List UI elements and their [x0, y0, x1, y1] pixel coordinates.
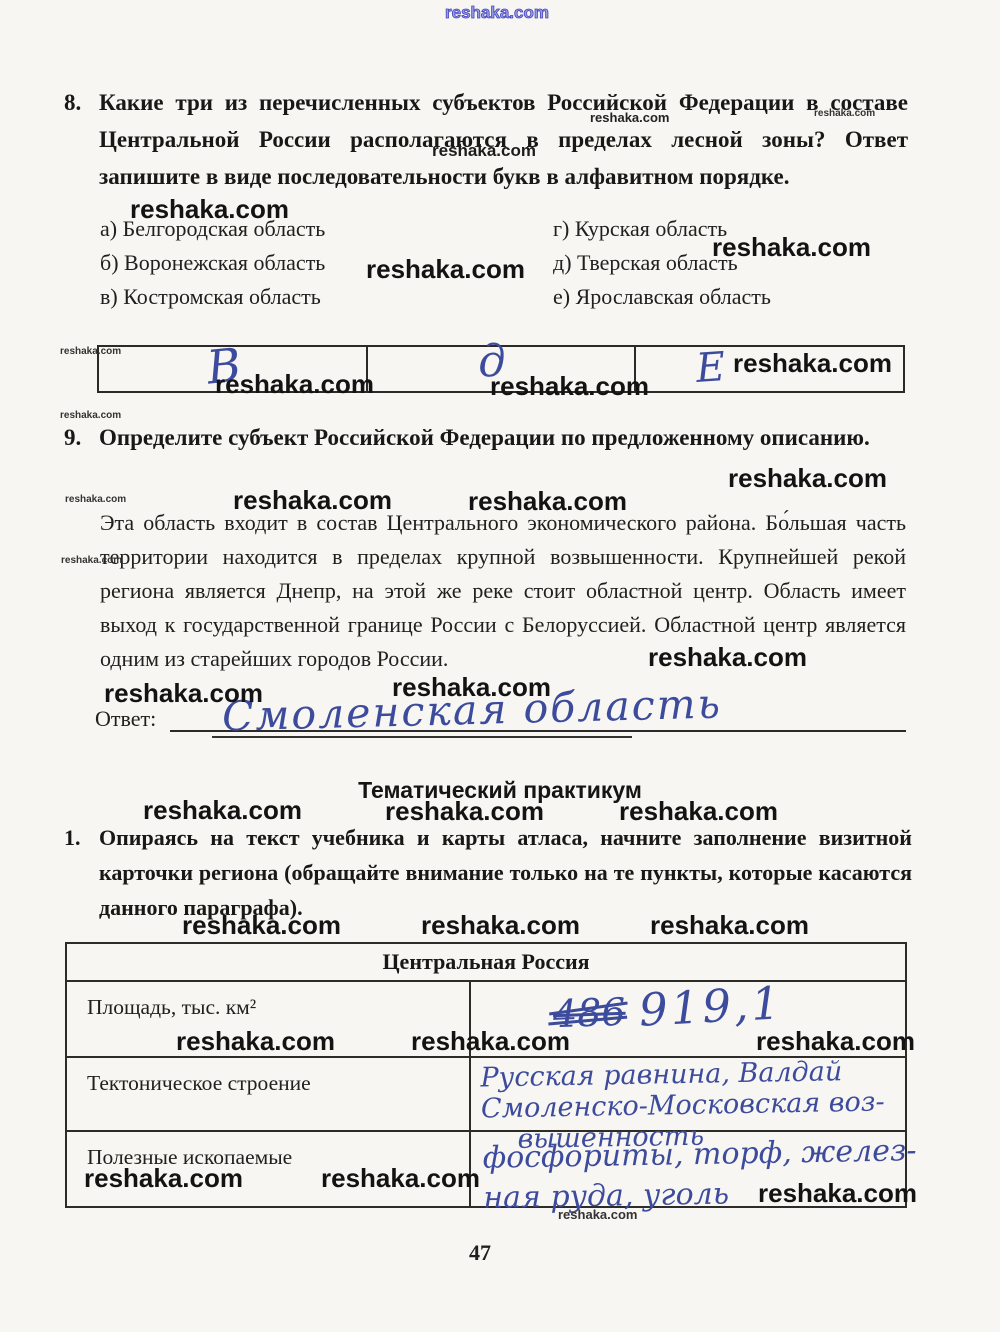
- watermark: reshaka.com: [814, 109, 875, 119]
- watermark: reshaka.com: [558, 1208, 638, 1221]
- watermark: reshaka.com: [712, 234, 871, 260]
- watermark: reshaka.com: [758, 1180, 917, 1206]
- watermark: reshaka.com: [468, 488, 627, 514]
- watermark: reshaka.com: [233, 487, 392, 513]
- watermark: reshaka.com: [756, 1028, 915, 1054]
- watermark: reshaka.com: [648, 644, 807, 670]
- row-label-tectonics: Тектоническое строение: [67, 1058, 471, 1130]
- watermark: reshaka.com: [104, 680, 263, 706]
- watermark: reshaka.com: [421, 912, 580, 938]
- watermark: reshaka.com: [321, 1165, 480, 1191]
- watermark: reshaka.com: [392, 674, 551, 700]
- handwritten-area-value: 919,1: [638, 980, 784, 1032]
- watermark: reshaka.com: [182, 912, 341, 938]
- row-value-tectonics: Русская равнина, Валдай Смоленско-Москов…: [471, 1058, 905, 1130]
- option-v: в) Костромская область: [100, 280, 325, 314]
- watermark: reshaka.com: [650, 912, 809, 938]
- watermark: reshaka.com: [84, 1165, 243, 1191]
- watermark: reshaka.com: [176, 1028, 335, 1054]
- watermark: reshaka.com: [733, 350, 892, 376]
- question-9-text: Определите субъект Российской Федерации …: [99, 420, 908, 456]
- option-e: е) Ярославская область: [553, 280, 771, 314]
- handwritten-answer-3: Е: [695, 347, 727, 389]
- watermark: reshaka.com: [490, 373, 649, 399]
- watermark: reshaka.com: [60, 347, 121, 357]
- watermark: reshaka.com: [411, 1028, 570, 1054]
- watermark: reshaka.com: [432, 142, 536, 159]
- question-9-number: 9.: [64, 420, 99, 456]
- watermark: reshaka.com: [215, 371, 374, 397]
- watermark: reshaka.com: [130, 196, 289, 222]
- workbook-page: 8. Какие три из перечисленных субъектов …: [0, 0, 1000, 1332]
- question-9: 9. Определите субъект Российской Федерац…: [64, 420, 908, 456]
- watermark: reshaka.com: [366, 256, 525, 282]
- watermark: reshaka.com: [728, 465, 887, 491]
- watermark: reshaka.com: [60, 411, 121, 421]
- question-8-options-left: а) Белгородская область б) Воронежская о…: [100, 212, 325, 314]
- answer-label: Ответ:: [95, 706, 156, 732]
- question-8: 8. Какие три из перечисленных субъектов …: [64, 84, 908, 195]
- watermark: reshaka.com: [65, 495, 126, 505]
- question-8-options-right: г) Курская область д) Тверская область е…: [553, 212, 771, 314]
- question-8-number: 8.: [64, 84, 99, 195]
- page-number: 47: [0, 1240, 960, 1266]
- watermark: reshaka.com: [143, 797, 302, 823]
- watermark: reshaka.com: [619, 798, 778, 824]
- watermark: reshaka.com: [385, 798, 544, 824]
- option-b: б) Воронежская область: [100, 246, 325, 280]
- watermark: reshaka.com: [61, 556, 122, 566]
- question-8-text: Какие три из перечисленных субъектов Рос…: [99, 84, 908, 195]
- table-row: Тектоническое строение Русская равнина, …: [67, 1058, 905, 1132]
- practicum-question-1-number: 1.: [64, 820, 99, 925]
- watermark: reshaka.com: [445, 4, 549, 21]
- watermark: reshaka.com: [590, 111, 670, 124]
